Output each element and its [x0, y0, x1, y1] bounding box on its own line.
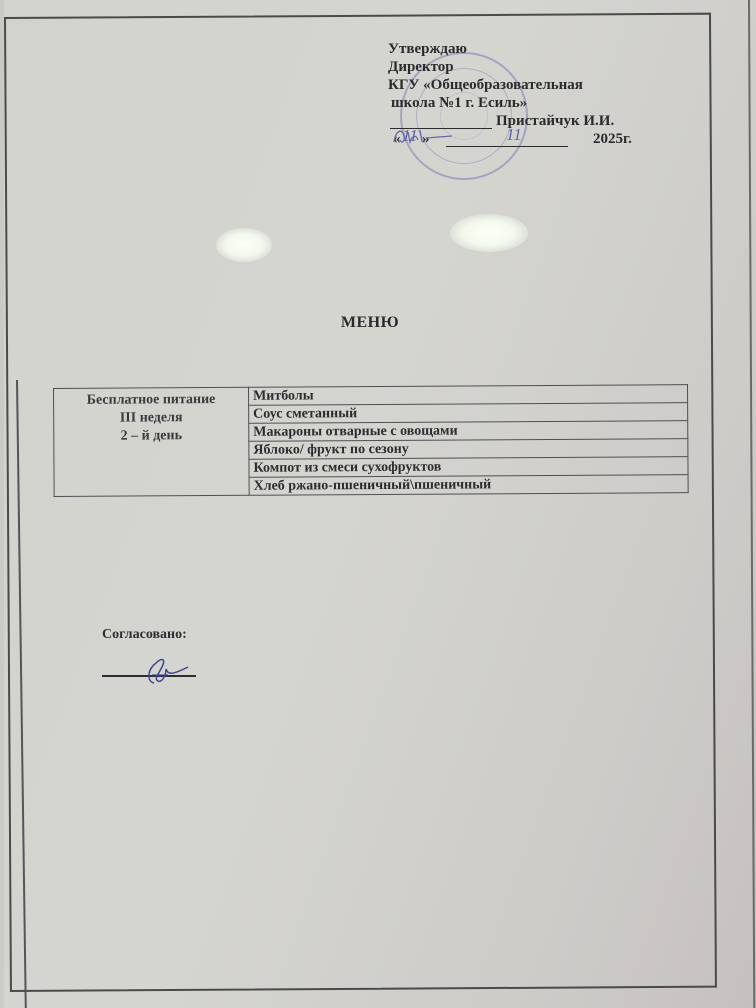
date-year: 2025г.	[593, 130, 632, 148]
menu-item: Хлеб ржано-пшеничный\пшеничный	[249, 475, 688, 496]
approval-org-line1: КГУ «Общеобразовательная	[388, 76, 658, 94]
light-glare	[450, 214, 528, 252]
date-month: 11	[506, 126, 522, 144]
menu-info-cell: Бесплатное питание III неделя 2 – й день	[54, 387, 250, 496]
agreement-label: Согласовано:	[102, 627, 187, 643]
document-title: МЕНЮ	[290, 314, 450, 332]
director-signature-icon	[390, 124, 460, 150]
date-month-underline	[446, 146, 568, 147]
document-frame	[4, 13, 717, 992]
approval-org-line2: школа №1 г. Есиль»	[388, 94, 658, 112]
approval-position: Директор	[388, 58, 658, 76]
agreement-signature-icon	[132, 653, 192, 687]
light-glare	[216, 228, 272, 262]
menu-day: 2 – й день	[58, 427, 244, 446]
approval-heading: Утверждаю	[388, 40, 658, 58]
menu-program: Бесплатное питание	[58, 391, 244, 410]
menu-table: Бесплатное питание III неделя 2 – й день…	[53, 384, 689, 497]
menu-week: III неделя	[58, 409, 244, 428]
